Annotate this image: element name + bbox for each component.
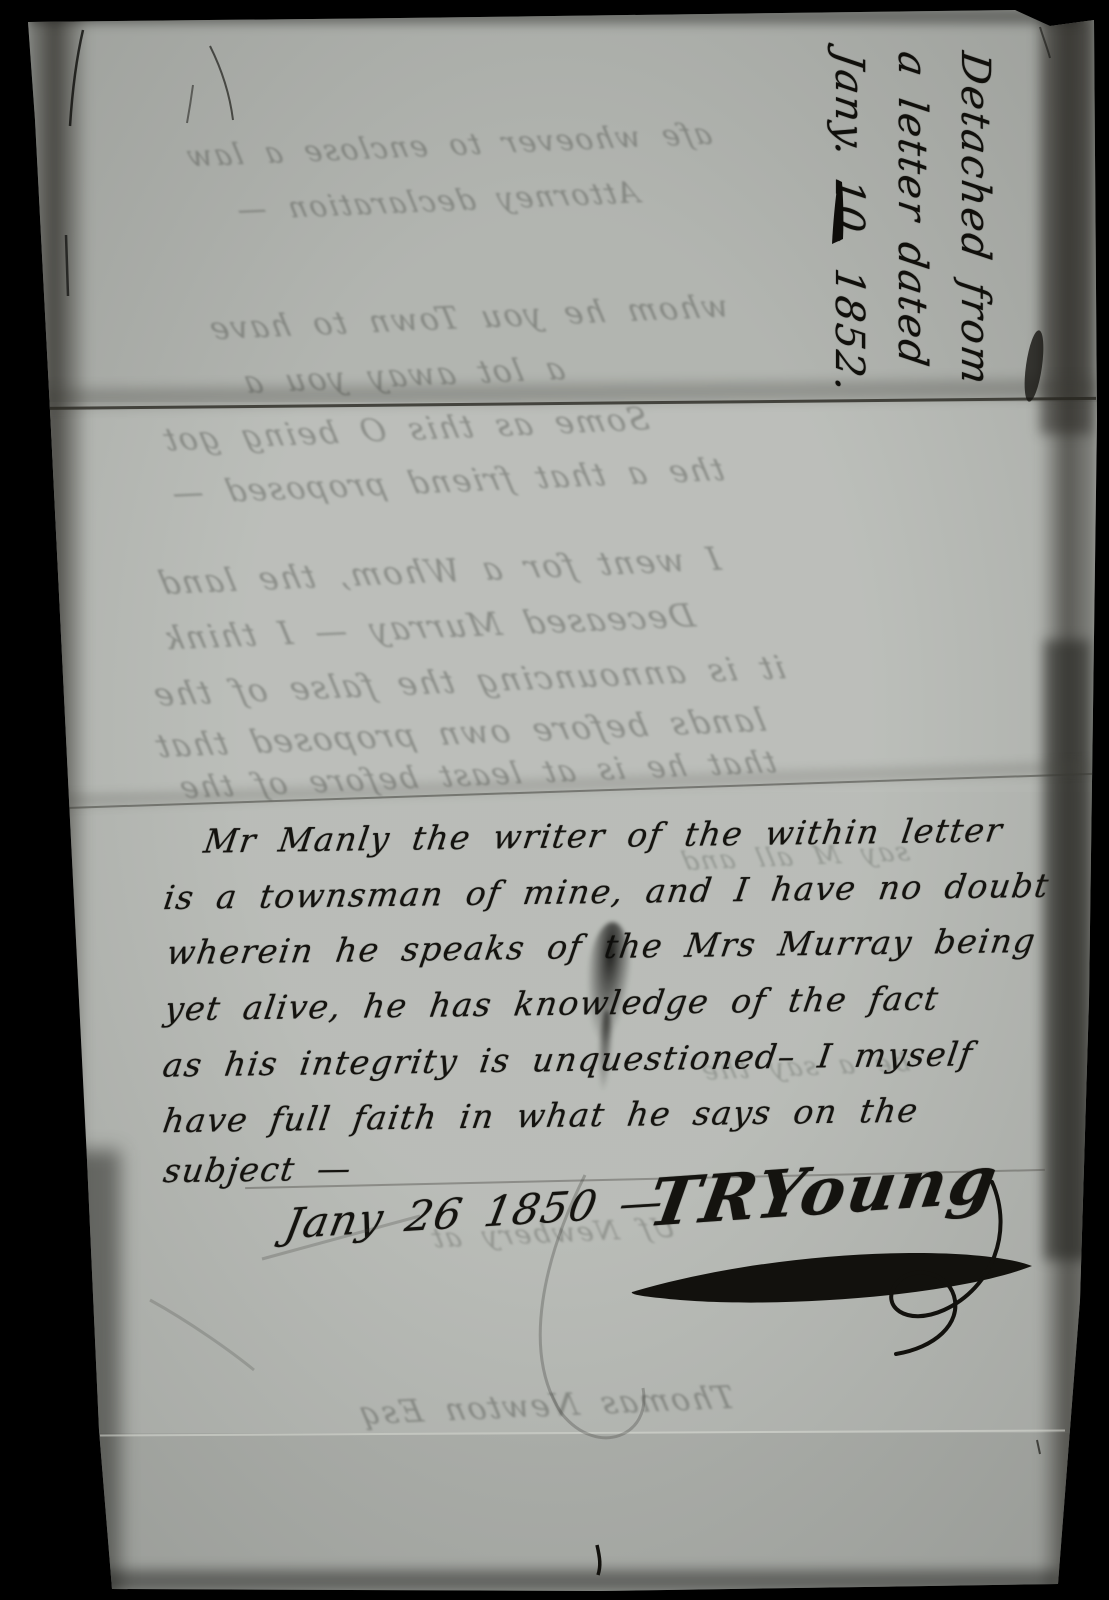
paper-sheet: afe whoever to enclose a law Attorney de… (0, 0, 1109, 1600)
rotated-margin-annotation: Detached from a letter dated Jany. 10. 1… (810, 52, 1006, 424)
annotation-line-1: Detached from (943, 48, 1006, 429)
annotation-line-2: a letter dated (880, 48, 943, 429)
scanned-document-photo: afe whoever to enclose a law Attorney de… (0, 0, 1109, 1600)
note-line-7: subject — (161, 1149, 355, 1191)
annotation-line-3: Jany. 10. 1852. (817, 48, 880, 429)
